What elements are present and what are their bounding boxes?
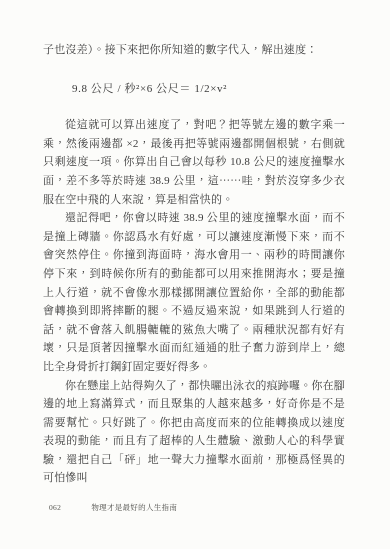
paragraph: 還記得吧，你會以時速 38.9 公里的速度撞擊水面，而不是撞上磚牆。你認爲水有好…	[43, 209, 345, 376]
paragraphs: 從這就可以算出速度了，對吧？把等號左邊的數字乘一乘，然後兩邊都 ×2，最後再把等…	[43, 116, 345, 488]
book-page: 子也沒差）。接下來把你所知道的數字代入，解出速度： 9.8 公尺 / 秒²×6 …	[0, 0, 390, 549]
page-content: 子也沒差）。接下來把你所知道的數字代入，解出速度： 9.8 公尺 / 秒²×6 …	[43, 41, 345, 488]
page-number: 062	[49, 503, 61, 513]
paragraph: 你在懸崖上站得夠久了，都快曬出泳衣的痕跡囉。你在腳邊的地上寫滿算式，而且聚集的人…	[43, 377, 345, 489]
paragraph: 從這就可以算出速度了，對吧？把等號左邊的數字乘一乘，然後兩邊都 ×2，最後再把等…	[43, 116, 345, 209]
running-title: 物理才是最好的人生指南	[91, 503, 177, 513]
physics-formula: 9.8 公尺 / 秒²×6 公尺＝ 1/2×v²	[72, 80, 345, 99]
page-footer: 062 物理才是最好的人生指南	[49, 503, 177, 513]
paragraph-continuation: 子也沒差）。接下來把你所知道的數字代入，解出速度：	[43, 41, 345, 60]
